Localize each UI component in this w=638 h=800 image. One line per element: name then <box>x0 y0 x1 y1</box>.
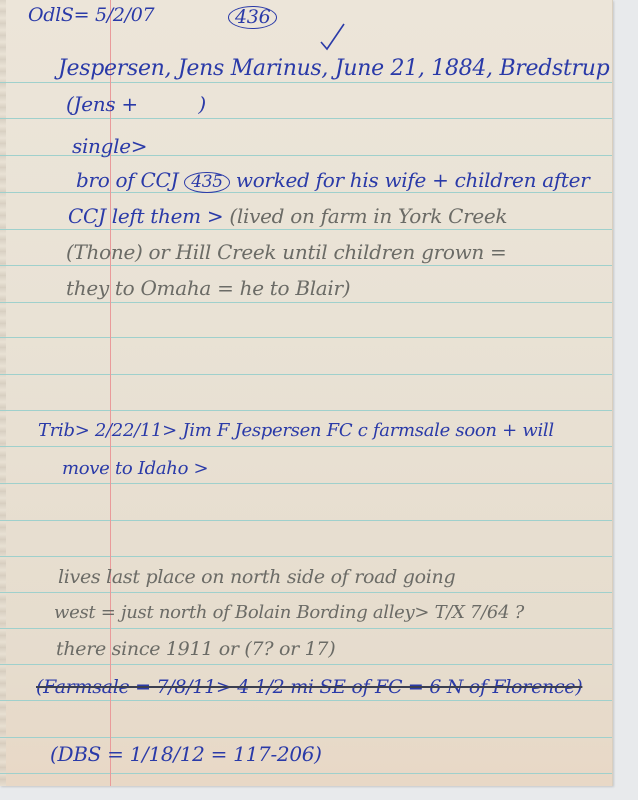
rule-line <box>0 628 612 629</box>
pencil-line-3: (Thone) or Hill Creek until children gro… <box>66 240 506 264</box>
rule-line <box>0 82 612 83</box>
checkmark-icon <box>319 22 345 52</box>
name-line: Jespersen, Jens Marinus, June 21, 1884, … <box>58 56 613 81</box>
relation-line-1: bro of CCJ 435 worked for his wife + chi… <box>76 168 589 193</box>
rule-line <box>0 737 612 738</box>
residence-line-1: lives last place on north side of road g… <box>58 566 455 588</box>
rule-line <box>0 520 612 521</box>
relation-suffix: worked for his wife + children after <box>236 168 590 192</box>
trib-note-line-1: Trib> 2/22/11> Jim F Jespersen FC c farm… <box>38 420 554 441</box>
relation-prefix: bro of CCJ <box>76 168 178 192</box>
related-record-number: 435 <box>184 172 230 193</box>
source-ref: OdlS= 5/2/07 <box>28 4 154 26</box>
residence-line-3: there since 1911 or (7? or 17) <box>56 638 335 660</box>
notebook-page: OdlS= 5/2/07 436 Jespersen, Jens Marinus… <box>0 0 613 786</box>
rule-line <box>0 265 612 266</box>
rule-line <box>0 556 612 557</box>
residence-line-2: west = just north of Bolain Bording alle… <box>54 602 524 623</box>
rule-line <box>0 664 612 665</box>
rule-line <box>0 592 612 593</box>
nickname-line: (Jens + ) <box>66 92 206 116</box>
rule-line <box>0 700 612 701</box>
rule-line <box>0 773 612 774</box>
rule-line <box>0 302 612 303</box>
relation-pencil-text: (lived on farm in York Creek <box>229 204 507 228</box>
trib-note-line-2: move to Idaho > <box>62 458 208 479</box>
rule-line <box>0 410 612 411</box>
rule-line <box>0 374 612 375</box>
rule-line <box>0 118 612 119</box>
status-line: single> <box>72 134 147 158</box>
relation-line-2: CCJ left them > (lived on farm in York C… <box>68 204 507 228</box>
struck-farmsale-note: (Farmsale = 7/8/11> 4 1/2 mi SE of FC = … <box>36 676 582 698</box>
dbs-note: (DBS = 1/18/12 = 117-206) <box>50 742 322 766</box>
margin-line <box>110 0 111 786</box>
rule-line <box>0 337 612 338</box>
relation-ink-text: CCJ left them > <box>68 204 223 228</box>
rule-line <box>0 446 612 447</box>
rule-line <box>0 229 612 230</box>
rule-line <box>0 483 612 484</box>
record-number-circle: 436 <box>228 6 277 29</box>
record-number: 436 <box>228 6 277 29</box>
pencil-line-4: they to Omaha = he to Blair) <box>66 276 350 300</box>
